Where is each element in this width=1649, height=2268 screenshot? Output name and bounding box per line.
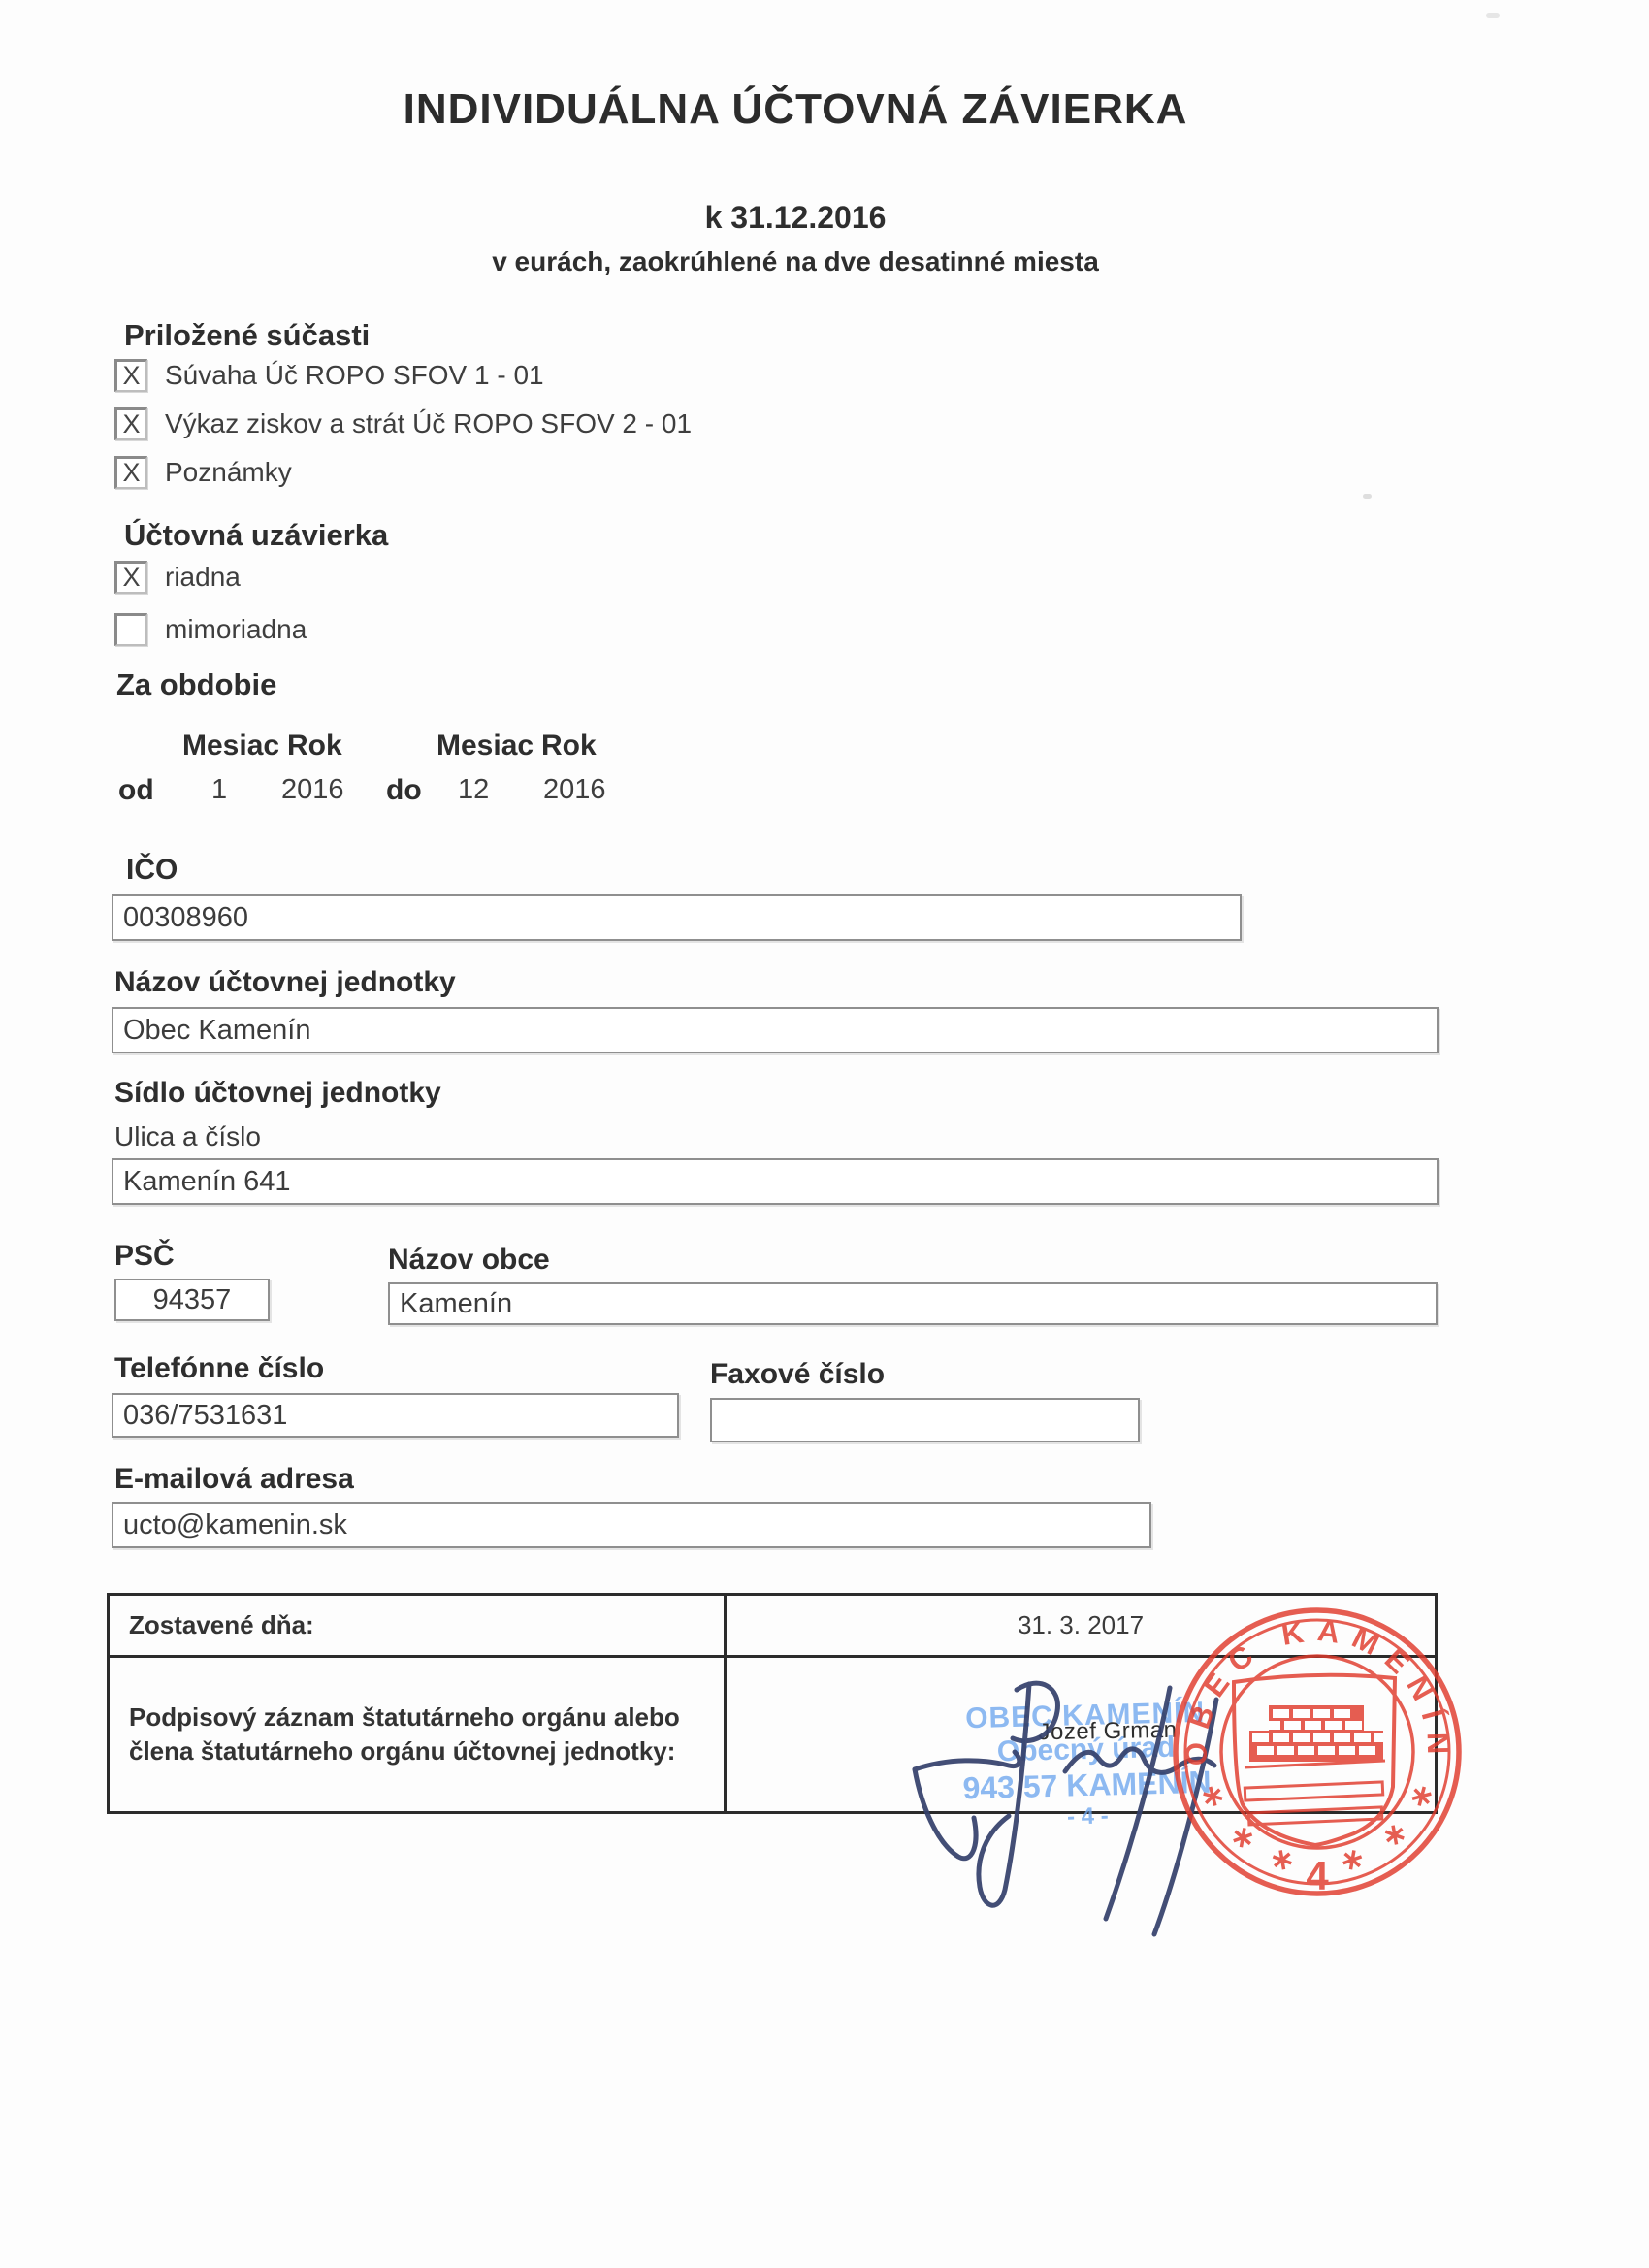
entity-name-value: Obec Kamenín (123, 1015, 310, 1047)
city-field: Kamenín (388, 1282, 1438, 1325)
fax-label: Faxové číslo (710, 1358, 885, 1391)
page-title: INDIVIDUÁLNA ÚČTOVNÁ ZÁVIERKA (0, 85, 1591, 134)
compiled-date-label: Zostavené dňa: (110, 1596, 727, 1658)
signature-table: Zostavené dňa: 31. 3. 2017 Podpisový záz… (107, 1593, 1438, 1814)
period-month-label: Mesiac (436, 729, 533, 762)
closing-type-label: riadna (165, 562, 241, 593)
period-from-label: od (118, 774, 154, 807)
checkbox-checked-icon: X (114, 561, 147, 594)
email-label: E-mailová adresa (114, 1463, 354, 1496)
period-year-label: Rok (541, 729, 597, 762)
street-value: Kamenín 641 (123, 1166, 291, 1198)
city-label: Názov obce (388, 1244, 550, 1277)
phone-field: 036/7531631 (112, 1393, 679, 1438)
checkbox-empty-icon (114, 613, 147, 646)
attachment-row: X Výkaz ziskov a strát Úč ROPO SFOV 2 - … (114, 407, 692, 440)
checkbox-checked-icon: X (114, 359, 147, 392)
period-month-label: Mesiac (182, 729, 279, 762)
closing-type-heading: Účtovná uzávierka (124, 518, 388, 553)
attachment-label: Poznámky (165, 457, 292, 488)
phone-label: Telefónne číslo (114, 1352, 324, 1385)
email-field: ucto@kamenin.sk (112, 1502, 1151, 1548)
document-date-line: k 31.12.2016 (0, 200, 1591, 236)
email-value: ucto@kamenin.sk (123, 1509, 347, 1541)
entity-name-field: Obec Kamenín (112, 1007, 1439, 1053)
scanned-document-page: INDIVIDUÁLNA ÚČTOVNÁ ZÁVIERKA k 31.12.20… (0, 0, 1649, 2268)
phone-value: 036/7531631 (123, 1400, 287, 1432)
office-stamp-line3: 943 57 KAMENÍN (955, 1764, 1218, 1806)
ico-field: 00308960 (112, 894, 1242, 941)
closing-type-row: X riadna (114, 561, 241, 594)
fax-field (710, 1398, 1140, 1442)
zip-field: 94357 (114, 1279, 270, 1321)
street-field: Kamenín 641 (112, 1158, 1439, 1205)
signer-name: Jozef Grman (1011, 1716, 1205, 1746)
zip-label: PSČ (114, 1240, 175, 1273)
signature-statement-label: Podpisový záznam štatutárneho orgánu ale… (110, 1658, 727, 1811)
period-from-month: 1 (211, 774, 227, 806)
attachment-label: Súvaha Úč ROPO SFOV 1 - 01 (165, 360, 544, 391)
ico-label: IČO (126, 854, 178, 887)
scan-artifact (1486, 13, 1500, 18)
compiled-date-value: 31. 3. 2017 (727, 1596, 1435, 1658)
round-stamp-number: 4 (1306, 1853, 1329, 1898)
closing-type-row: mimoriadna (114, 613, 307, 646)
period-from-year: 2016 (281, 774, 344, 806)
period-heading: Za obdobie (116, 667, 276, 702)
period-to-year: 2016 (543, 774, 606, 806)
attachment-row: X Poznámky (114, 456, 292, 489)
zip-value: 94357 (153, 1284, 232, 1316)
attachment-label: Výkaz ziskov a strát Úč ROPO SFOV 2 - 01 (165, 408, 692, 439)
city-value: Kamenín (400, 1288, 512, 1320)
period-year-label: Rok (287, 729, 342, 762)
attachments-heading: Priložené súčasti (124, 318, 370, 353)
entity-name-label: Názov účtovnej jednotky (114, 966, 456, 999)
checkbox-checked-icon: X (114, 407, 147, 440)
attachment-row: X Súvaha Úč ROPO SFOV 1 - 01 (114, 359, 544, 392)
ico-value: 00308960 (123, 902, 248, 934)
period-to-month: 12 (458, 774, 489, 806)
street-label: Ulica a číslo (114, 1121, 261, 1152)
checkbox-checked-icon: X (114, 456, 147, 489)
period-to-label: do (386, 774, 422, 807)
closing-type-label: mimoriadna (165, 614, 307, 645)
address-heading: Sídlo účtovnej jednotky (114, 1077, 441, 1110)
scan-artifact (1363, 494, 1372, 499)
document-title: INDIVIDUÁLNA ÚČTOVNÁ ZÁVIERKA (404, 85, 1188, 133)
document-subtitle: v eurách, zaokrúhlené na dve desatinné m… (0, 246, 1591, 277)
